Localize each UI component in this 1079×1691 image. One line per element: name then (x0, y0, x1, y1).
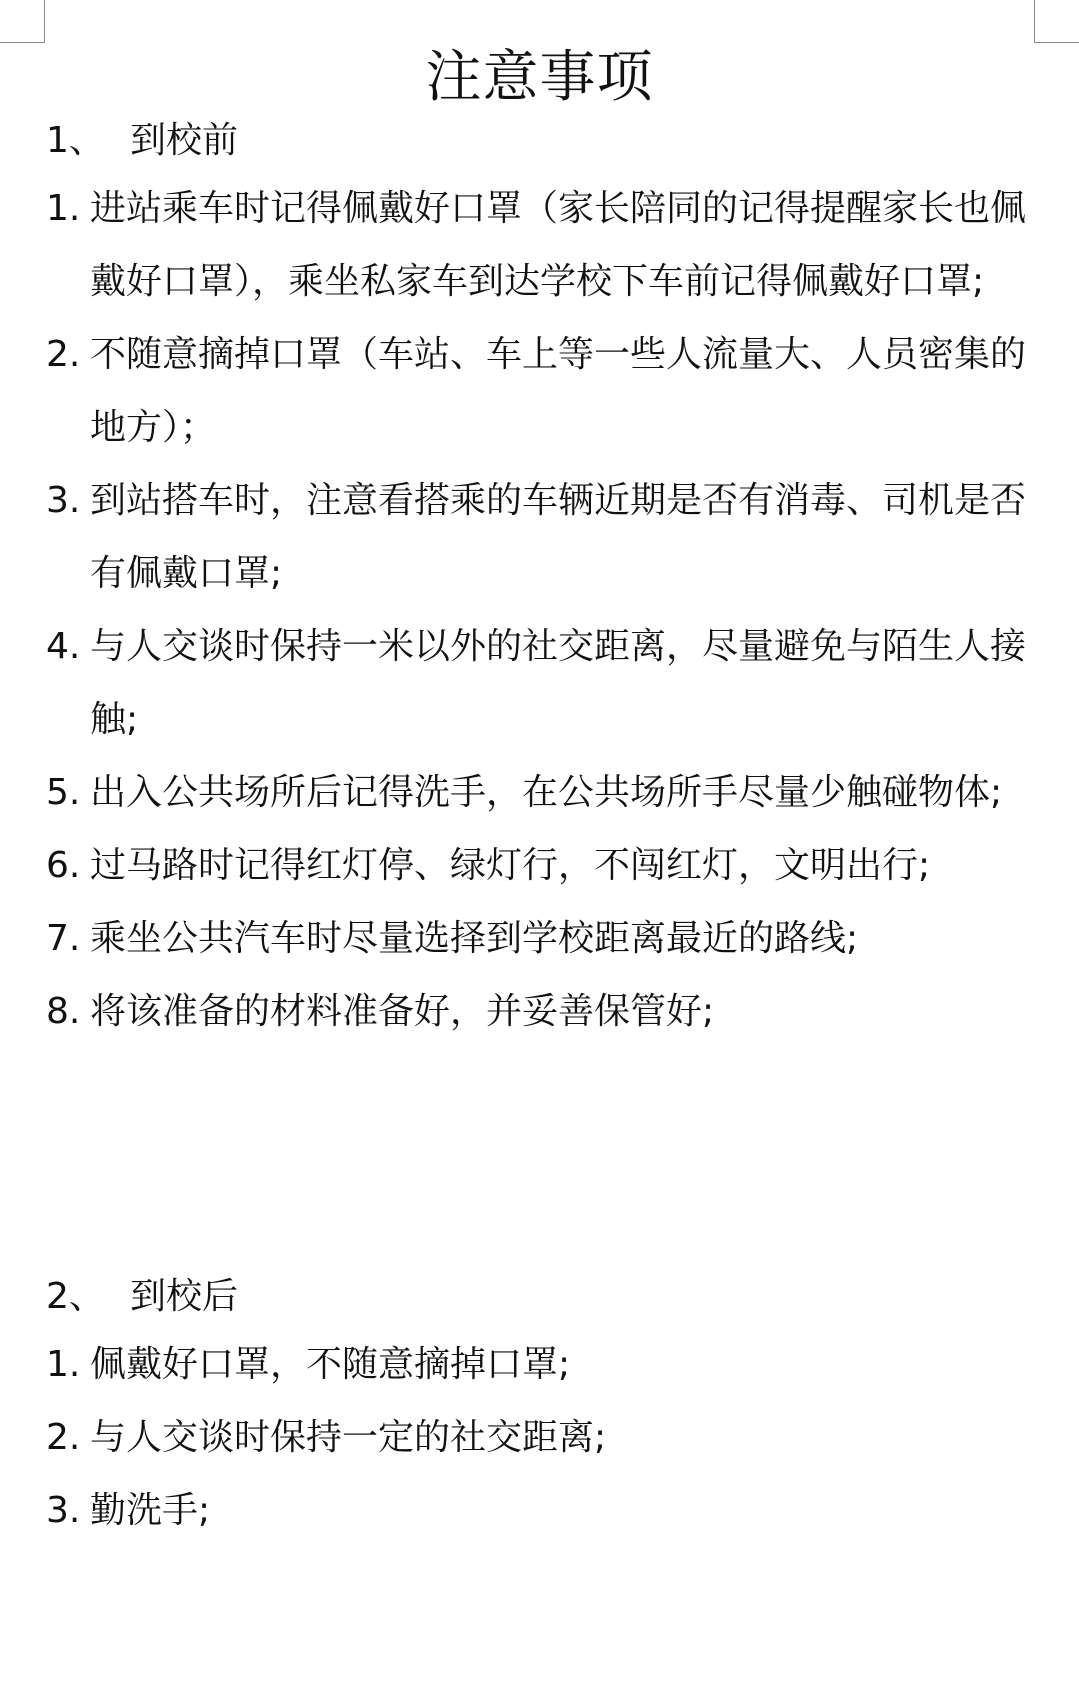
item-text: 到站搭车时，注意看搭乘的车辆近期是否有消毒、司机是否有佩戴口罩; (90, 464, 1036, 610)
item-text: 过马路时记得红灯停、绿灯行，不闯红灯，文明出行; (90, 829, 1036, 902)
item-text: 进站乘车时记得佩戴好口罩（家长陪同的记得提醒家长也佩戴好口罩），乘坐私家车到达学… (90, 172, 1036, 318)
item-number: 7. (46, 902, 90, 975)
list-item: 4. 与人交谈时保持一米以外的社交距离，尽量避免与陌生人接触; (46, 610, 1036, 756)
item-number: 2. (46, 1401, 90, 1474)
list-item: 6. 过马路时记得红灯停、绿灯行，不闯红灯，文明出行; (46, 829, 1036, 902)
list-item: 5. 出入公共场所后记得洗手，在公共场所手尽量少触碰物体; (46, 756, 1036, 829)
section-list-before-school: 1. 进站乘车时记得佩戴好口罩（家长陪同的记得提醒家长也佩戴好口罩），乘坐私家车… (46, 172, 1036, 1048)
item-text: 乘坐公共汽车时尽量选择到学校距离最近的路线; (90, 902, 1036, 975)
item-number: 5. (46, 756, 90, 829)
section-list-after-school: 1. 佩戴好口罩，不随意摘掉口罩; 2. 与人交谈时保持一定的社交距离; 3. … (46, 1328, 1036, 1547)
list-item: 3. 到站搭车时，注意看搭乘的车辆近期是否有消毒、司机是否有佩戴口罩; (46, 464, 1036, 610)
section-heading-before-school: 1、 到校前 (46, 116, 238, 166)
item-text: 佩戴好口罩，不随意摘掉口罩; (90, 1328, 1036, 1401)
section-title: 到校后 (130, 1272, 238, 1322)
item-number: 2. (46, 318, 90, 464)
section-heading-after-school: 2、 到校后 (46, 1272, 238, 1322)
list-item: 8. 将该准备的材料准备好，并妥善保管好; (46, 975, 1036, 1048)
list-item: 2. 与人交谈时保持一定的社交距离; (46, 1401, 1036, 1474)
section-number: 1、 (46, 116, 130, 166)
item-number: 1. (46, 1328, 90, 1401)
item-text: 与人交谈时保持一定的社交距离; (90, 1401, 1036, 1474)
list-item: 7. 乘坐公共汽车时尽量选择到学校距离最近的路线; (46, 902, 1036, 975)
item-text: 不随意摘掉口罩（车站、车上等一些人流量大、人员密集的地方）； (90, 318, 1036, 464)
item-text: 与人交谈时保持一米以外的社交距离，尽量避免与陌生人接触; (90, 610, 1036, 756)
list-item: 1. 进站乘车时记得佩戴好口罩（家长陪同的记得提醒家长也佩戴好口罩），乘坐私家车… (46, 172, 1036, 318)
section-title: 到校前 (130, 116, 238, 166)
page-corner-mark-top-right (1034, 0, 1079, 43)
item-number: 3. (46, 464, 90, 610)
item-number: 8. (46, 975, 90, 1048)
item-number: 4. (46, 610, 90, 756)
item-text: 勤洗手; (90, 1474, 1036, 1547)
section-number: 2、 (46, 1272, 130, 1322)
item-text: 将该准备的材料准备好，并妥善保管好; (90, 975, 1036, 1048)
list-item: 3. 勤洗手; (46, 1474, 1036, 1547)
item-number: 1. (46, 172, 90, 318)
page-corner-mark-top-left (0, 0, 45, 43)
item-number: 6. (46, 829, 90, 902)
list-item: 1. 佩戴好口罩，不随意摘掉口罩; (46, 1328, 1036, 1401)
list-item: 2. 不随意摘掉口罩（车站、车上等一些人流量大、人员密集的地方）； (46, 318, 1036, 464)
document-title: 注意事项 (0, 38, 1079, 118)
item-number: 3. (46, 1474, 90, 1547)
item-text: 出入公共场所后记得洗手，在公共场所手尽量少触碰物体; (90, 756, 1036, 829)
